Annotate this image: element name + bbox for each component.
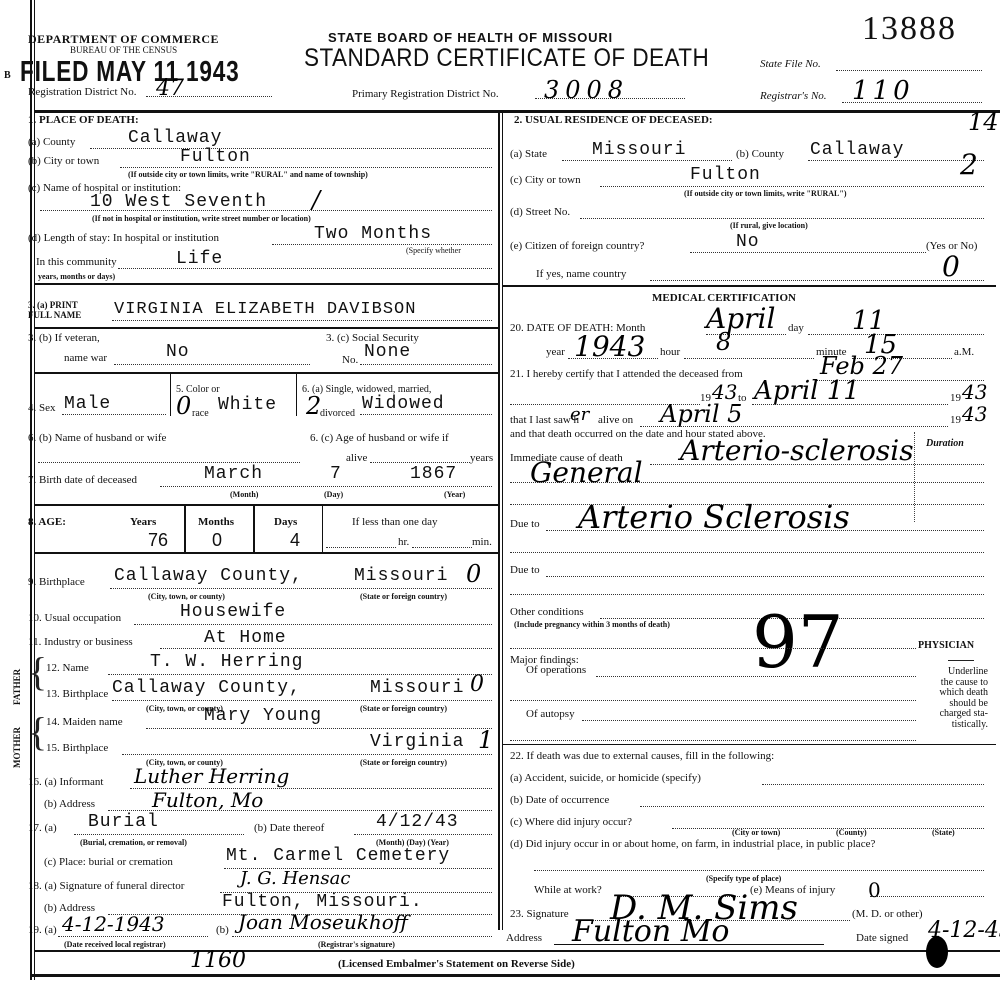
- name-label: FULL NAME: [28, 310, 81, 320]
- birthplace-label: 9. Birthplace: [28, 576, 85, 588]
- underline-line-5: charged sta-: [916, 709, 988, 720]
- age-days: 4: [290, 530, 300, 551]
- received-label: 19. (a): [28, 924, 57, 936]
- sig-address-label: Address: [506, 932, 542, 944]
- to-year: 43: [962, 380, 987, 404]
- death-hospital: 10 West Seventh: [90, 192, 267, 212]
- funeral-director-label: 18. (a) Signature of funeral director: [28, 880, 184, 892]
- hr-label: hr.: [398, 536, 409, 548]
- less-than-day-label: If less than one day: [352, 516, 438, 528]
- min-label: min.: [472, 536, 492, 548]
- injury-place-label: (d) Did injury occur in or about home, o…: [510, 838, 875, 850]
- death-city: Fulton: [180, 147, 251, 167]
- reg-district-value: 47: [156, 76, 184, 101]
- hospital-checkmark: /: [312, 186, 320, 214]
- dod-year: 1943: [574, 330, 645, 363]
- injury-county-note: (County): [836, 828, 867, 837]
- underline-line-1: Underline: [916, 667, 988, 678]
- means-code: 0: [868, 878, 881, 902]
- veteran-label: 3. (b) If veteran,: [28, 332, 100, 344]
- birth-day: 7: [330, 464, 342, 484]
- res-county: Callaway: [810, 140, 904, 160]
- month-note: (Month): [230, 490, 258, 499]
- method-note: (Burial, cremation, or removal): [80, 838, 187, 847]
- dod-year-label: year: [546, 346, 565, 358]
- father-name: T. W. Herring: [150, 652, 303, 672]
- due-to-1: Arterio Sclerosis: [578, 498, 850, 536]
- father-code: 0: [470, 672, 484, 697]
- due-to-2-label: Due to: [510, 564, 540, 576]
- race-label: race: [192, 408, 209, 419]
- community-label: In this community: [36, 256, 117, 268]
- last-saw-label: that I last saw h: [510, 414, 579, 426]
- veteran-value: No: [166, 342, 190, 362]
- injury-city-note: (City or town): [732, 828, 780, 837]
- operations-label: Of operations: [526, 664, 586, 676]
- margin-code-2: 2: [960, 148, 978, 181]
- father-birthplace-state: Missouri: [370, 678, 464, 698]
- res-county-label: (b) County: [736, 148, 784, 160]
- informant-address-label: (b) Address: [44, 798, 95, 810]
- filed-stamp: FILED MAY 11 1943: [20, 56, 239, 89]
- underline-line-6: tistically.: [916, 720, 988, 731]
- primary-district-label: Primary Registration District No.: [352, 88, 499, 100]
- margin-code-1: 14: [968, 108, 999, 136]
- md-label: (M. D. or other): [852, 908, 923, 920]
- received-date: 4-12-1943: [62, 912, 165, 936]
- registrar-signature: Joan Moseukhoff: [238, 910, 408, 934]
- country-label: If yes, name country: [536, 268, 626, 280]
- place-of-death-heading: 1. PLACE OF DEATH:: [28, 114, 139, 126]
- stay-label: (d) Length of stay: In hospital or insti…: [28, 232, 219, 244]
- birthplace-state: Missouri: [354, 566, 448, 586]
- mother-name-label: 14. Maiden name: [46, 716, 123, 728]
- city-label: (b) City or town: [28, 155, 99, 167]
- registrar-note: (Registrar's signature): [318, 940, 395, 949]
- other-note: (Include pregnancy within 3 months of de…: [514, 620, 670, 629]
- age-years-label: Years: [130, 516, 156, 528]
- ink-blot: [926, 936, 948, 968]
- autopsy-label: Of autopsy: [526, 708, 575, 720]
- bureau-label: BUREAU OF THE CENSUS: [70, 45, 177, 55]
- certify-label: 21. I hereby certify that I attended the…: [510, 368, 743, 380]
- registrar-sig-label: (b): [216, 924, 229, 936]
- race-value: White: [218, 395, 277, 415]
- duration-label: Duration: [926, 438, 964, 449]
- director-address: Fulton, Missouri.: [222, 892, 423, 912]
- mother-name: Mary Young: [204, 706, 322, 726]
- occupation-label: 10. Usual occupation: [28, 612, 121, 624]
- state-file-label: State File No.: [760, 58, 821, 70]
- res-city-note: (If outside city or town limits, write "…: [684, 189, 847, 198]
- physician-label: PHYSICIAN: [918, 640, 974, 651]
- age-months: 0: [212, 530, 222, 551]
- last-saw-date: April 5: [660, 400, 742, 428]
- res-city: Fulton: [690, 165, 761, 185]
- underline-note: Underline the cause to which death shoul…: [916, 660, 988, 730]
- citizen-label: (e) Citizen of foreign country?: [510, 240, 644, 252]
- father-birthplace-place: Callaway County,: [112, 678, 301, 698]
- alive-on-label: alive on: [598, 414, 633, 426]
- father-state-note: (State or foreign country): [360, 704, 447, 713]
- city-town-note: (City, town, or county): [148, 592, 225, 601]
- injury-location-label: (c) Where did injury occur?: [510, 816, 632, 828]
- birthplace-place: Callaway County,: [114, 566, 303, 586]
- sex-value: Male: [64, 394, 111, 414]
- date-signed-label: Date signed: [856, 932, 908, 944]
- disposition-method: Burial: [88, 812, 159, 832]
- mother-birthplace-label: 15. Birthplace: [46, 742, 108, 754]
- burial-date: 4/12/43: [376, 812, 459, 832]
- certificate-number: 13888: [862, 10, 957, 48]
- disposition-label: 17. (a): [28, 822, 57, 834]
- ssn-no-label: No.: [342, 354, 358, 366]
- mother-state-note: (State or foreign country): [360, 758, 447, 767]
- age-days-label: Days: [274, 516, 297, 528]
- to-year-prefix: 19: [950, 392, 961, 404]
- birth-date-label: 7. Birth date of deceased: [28, 474, 137, 486]
- last-year-prefix: 19: [950, 414, 961, 426]
- age-label: 8. AGE:: [28, 516, 66, 528]
- bottom-border: [30, 974, 1000, 977]
- received-note: (Date received local registrar): [64, 940, 166, 949]
- war-label: name war: [64, 352, 107, 364]
- specify-note: (Specify whether: [406, 246, 461, 255]
- age-months-label: Months: [198, 516, 234, 528]
- spouse-label: 6. (b) Name of husband or wife: [28, 432, 166, 444]
- father-birthplace-label: 13. Birthplace: [46, 688, 108, 700]
- death-county: Callaway: [128, 128, 222, 148]
- industry-value: At Home: [204, 628, 287, 648]
- last-saw-pronoun: er: [570, 404, 589, 425]
- industry-label: 11. Industry or business: [28, 636, 133, 648]
- attended-to: April 11: [754, 376, 860, 406]
- res-state: Missouri: [592, 140, 686, 160]
- mother-birthplace-state: Virginia: [370, 732, 464, 752]
- registrar-no-value: 110: [852, 76, 914, 106]
- dod-day-label: day: [788, 322, 804, 334]
- county-label: (a) County: [28, 136, 75, 148]
- external-heading: 22. If death was due to external causes,…: [510, 750, 774, 762]
- mother-code: 1: [478, 726, 493, 754]
- marital-value: Widowed: [362, 394, 445, 414]
- ssn-value: None: [364, 342, 411, 362]
- accident-label: (a) Accident, suicide, or homicide (spec…: [510, 772, 701, 784]
- injury-state-note: (State): [932, 828, 955, 837]
- registrar-no-label: Registrar's No.: [760, 90, 827, 102]
- primary-district-value: 3008: [544, 76, 629, 104]
- birth-month: March: [204, 464, 263, 484]
- burial-date-label: (b) Date thereof: [254, 822, 324, 834]
- dod-hour: 8: [716, 328, 731, 356]
- city-note: (If outside city or town limits, write "…: [128, 170, 368, 179]
- name-label-top: 3. (a) PRINT: [28, 300, 78, 310]
- spouse-age-label: 6. (c) Age of husband or wife if: [310, 432, 449, 444]
- sig-address: Fulton Mo: [572, 914, 730, 949]
- occupation-value: Housewife: [180, 602, 286, 622]
- res-street-note: (If rural, give location): [730, 221, 808, 230]
- father-brace: {: [28, 652, 47, 692]
- father-side-label: FATHER: [12, 645, 22, 705]
- marital-code: 2: [306, 392, 321, 420]
- length-of-stay: Two Months: [314, 224, 432, 244]
- res-state-label: (a) State: [510, 148, 547, 160]
- marital-label2: divorced: [320, 408, 355, 419]
- residence-heading: 2. USUAL RESIDENCE OF DECEASED:: [514, 114, 713, 126]
- father-name-label: 12. Name: [46, 662, 89, 674]
- alive-label: alive: [346, 452, 367, 464]
- dod-hour-label: hour: [660, 346, 680, 358]
- informant-address: Fulton, Mo: [152, 788, 263, 812]
- other-conditions-label: Other conditions: [510, 606, 584, 618]
- race-code: 0: [176, 392, 191, 420]
- due-to-label: Due to: [510, 518, 540, 530]
- year-note: (Year): [444, 490, 465, 499]
- years-note: years, months or days): [38, 272, 115, 281]
- mother-side-label: MOTHER: [12, 727, 22, 768]
- last-year: 43: [962, 402, 987, 426]
- res-street-label: (d) Street No.: [510, 206, 570, 218]
- bottom-code: 1160: [190, 948, 246, 973]
- sex-label: 4. Sex: [28, 402, 56, 414]
- hospital-note: (If not in hospital or institution, writ…: [92, 214, 311, 223]
- mother-brace: {: [28, 712, 47, 752]
- while-at-work-label: While at work?: [534, 884, 602, 896]
- margin-mark: B: [4, 70, 11, 81]
- community-duration: Life: [176, 249, 223, 269]
- informant-label: 16. (a) Informant: [28, 776, 103, 788]
- reg-district-label: Registration District No.: [28, 86, 136, 98]
- funeral-director-signature: J. G. Hensac: [240, 868, 350, 889]
- state-country-note: (State or foreign country): [360, 592, 447, 601]
- res-city-label: (c) City or town: [510, 174, 581, 186]
- other-code: 97: [752, 600, 844, 684]
- citizen-value: No: [736, 232, 760, 252]
- board-label: STATE BOARD OF HEALTH OF MISSOURI: [328, 30, 613, 45]
- burial-place-label: (c) Place: burial or cremation: [44, 856, 173, 868]
- informant-name: Luther Herring: [134, 764, 289, 788]
- certificate-title: STANDARD CERTIFICATE OF DEATH: [304, 44, 709, 73]
- years-label: years: [470, 452, 493, 464]
- place-type-note: (Specify type of place): [706, 874, 781, 883]
- day-note: (Day): [324, 490, 343, 499]
- margin-code-3: 0: [942, 250, 960, 283]
- immediate-cause-1: Arterio-sclerosis: [680, 434, 914, 467]
- immediate-cause-2: General: [530, 456, 643, 489]
- age-years: 76: [148, 530, 168, 551]
- occurrence-date-label: (b) Date of occurrence: [510, 794, 609, 806]
- footer-note: (Licensed Embalmer's Statement on Revers…: [338, 958, 575, 970]
- column-divider: [498, 110, 500, 930]
- burial-place: Mt. Carmel Cemetery: [226, 846, 450, 866]
- full-name: VIRGINIA ELIZABETH DAVIBSON: [114, 300, 416, 319]
- underline-line-3: which death: [916, 688, 988, 699]
- dod-ampm: a.M.: [954, 346, 974, 358]
- birthplace-code: 0: [466, 560, 481, 588]
- signature-label: 23. Signature: [510, 908, 569, 920]
- birth-year: 1867: [410, 464, 457, 484]
